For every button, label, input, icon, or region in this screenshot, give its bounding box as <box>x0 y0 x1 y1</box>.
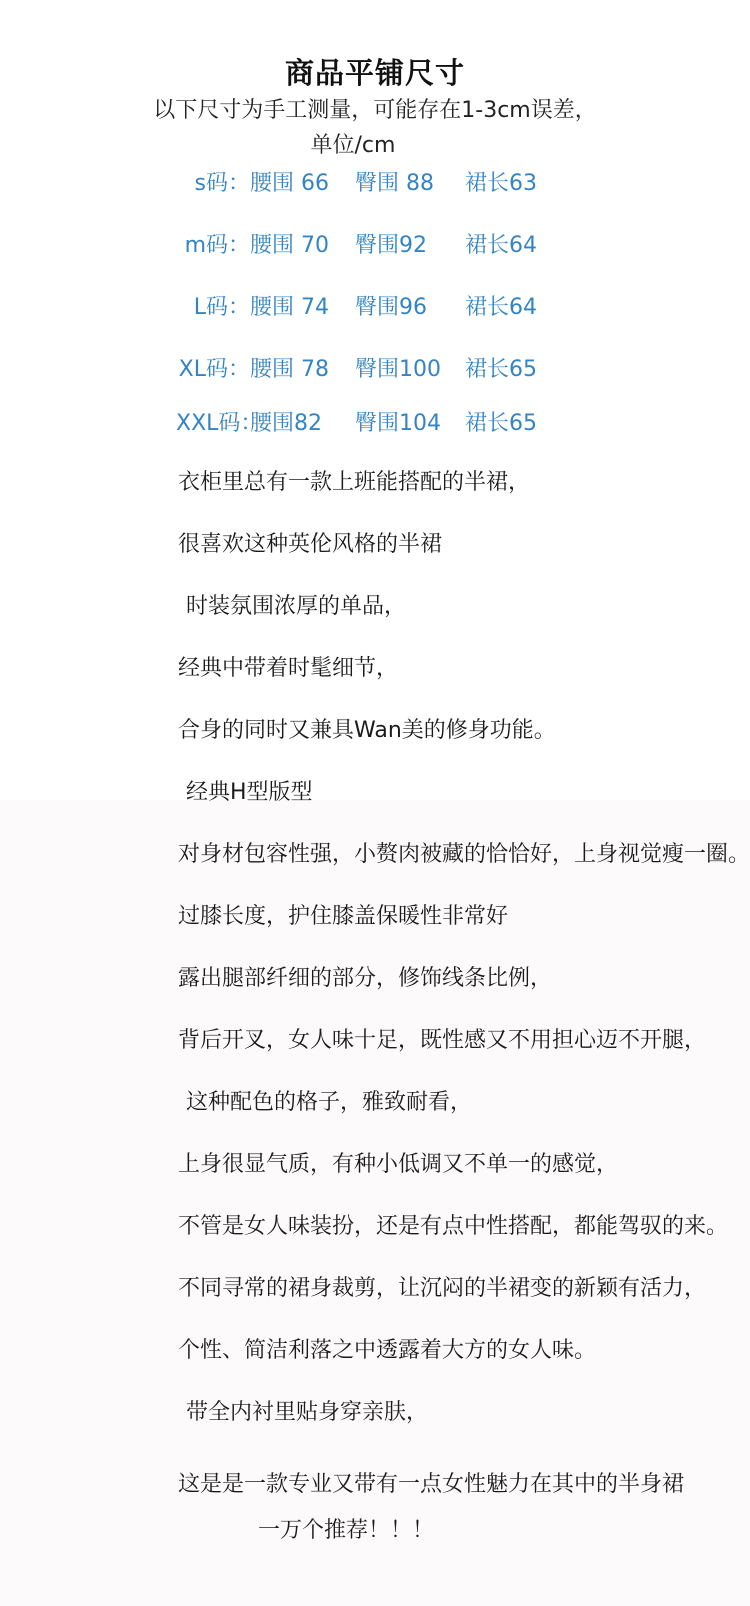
description-paragraph: 露出腿部纤细的部分，修饰线条比例， <box>178 966 750 991</box>
length-measurement: 裙长65 <box>465 412 537 435</box>
product-size-panel: 商品平铺尺寸 以下尺寸为手工测量，可能存在1-3cm误差， 单位/cm s码： … <box>0 0 750 1606</box>
length-measurement: 裙长64 <box>465 296 537 319</box>
hip-measurement: 臀围 88 <box>355 172 465 195</box>
page-title: 商品平铺尺寸 <box>0 51 750 92</box>
unit-label: 单位/cm <box>0 128 706 159</box>
description-paragraph: 很喜欢这种英伦风格的半裙 <box>178 532 750 557</box>
size-label: m码： <box>176 234 250 257</box>
description-paragraph: 过膝长度，护住膝盖保暖性非常好 <box>178 904 750 929</box>
hip-measurement: 臀围100 <box>355 358 465 381</box>
description-paragraph: 这种配色的格子，雅致耐看， <box>178 1090 750 1115</box>
waist-measurement: 腰围 66 <box>250 172 355 195</box>
length-measurement: 裙长65 <box>465 358 537 381</box>
size-row-s: s码： 腰围 66 臀围 88 裙长63 <box>176 172 537 195</box>
description-paragraph: 合身的同时又兼具Wan美的修身功能。 <box>178 718 750 743</box>
recommendation-line: 一万个推荐！！！ <box>258 1518 750 1543</box>
description-paragraph: 衣柜里总有一款上班能搭配的半裙， <box>178 470 750 495</box>
hip-measurement: 臀围96 <box>355 296 465 319</box>
size-label: XXL码： <box>176 412 250 435</box>
length-measurement: 裙长64 <box>465 234 537 257</box>
description-paragraph: 不管是女人味装扮，还是有点中性搭配，都能驾驭的来。 <box>178 1214 750 1239</box>
description-paragraph: 上身很显气质，有种小低调又不单一的感觉， <box>178 1152 750 1177</box>
waist-measurement: 腰围 78 <box>250 358 355 381</box>
description-paragraph: 带全内衬里贴身穿亲肤， <box>178 1400 750 1425</box>
waist-measurement: 腰围82 <box>250 412 355 435</box>
description-paragraph: 经典H型版型 <box>178 780 750 805</box>
size-chart: s码： 腰围 66 臀围 88 裙长63 m码： 腰围 70 臀围92 裙长64… <box>176 172 537 435</box>
waist-measurement: 腰围 70 <box>250 234 355 257</box>
description-paragraph: 时装氛围浓厚的单品， <box>178 594 750 619</box>
description-paragraph: 个性、简洁利落之中透露着大方的女人味。 <box>178 1338 750 1363</box>
description-paragraph: 经典中带着时髦细节， <box>178 656 750 681</box>
measurement-note: 以下尺寸为手工测量，可能存在1-3cm误差， <box>0 93 750 124</box>
description-paragraph: 对身材包容性强，小赘肉被藏的恰恰好，上身视觉瘦一圈。 <box>178 842 750 867</box>
length-measurement: 裙长63 <box>465 172 537 195</box>
size-row-m: m码： 腰围 70 臀围92 裙长64 <box>176 234 537 257</box>
waist-measurement: 腰围 74 <box>250 296 355 319</box>
size-row-xxl: XXL码： 腰围82 臀围104 裙长65 <box>176 412 537 435</box>
size-label: s码： <box>176 172 250 195</box>
description-paragraph: 不同寻常的裙身裁剪，让沉闷的半裙变的新颖有活力， <box>178 1276 750 1301</box>
product-description: 衣柜里总有一款上班能搭配的半裙， 很喜欢这种英伦风格的半裙 时装氛围浓厚的单品，… <box>178 470 750 1580</box>
size-label: XL码： <box>176 358 250 381</box>
description-paragraph: 背后开叉，女人味十足，既性感又不用担心迈不开腿， <box>178 1028 750 1053</box>
hip-measurement: 臀围104 <box>355 412 465 435</box>
size-row-l: L码： 腰围 74 臀围96 裙长64 <box>176 296 537 319</box>
size-row-xl: XL码： 腰围 78 臀围100 裙长65 <box>176 358 537 381</box>
hip-measurement: 臀围92 <box>355 234 465 257</box>
size-label: L码： <box>176 296 250 319</box>
description-paragraph: 这是是一款专业又带有一点女性魅力在其中的半身裙 <box>178 1472 750 1497</box>
